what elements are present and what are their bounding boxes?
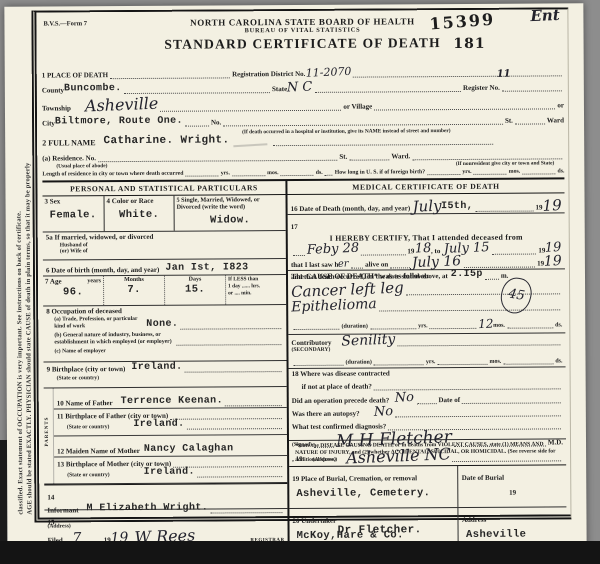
disease-contracted-label: 18 Where was disease contracted (292, 369, 563, 379)
leader (353, 66, 562, 77)
leader (507, 319, 553, 329)
leader (502, 82, 562, 92)
mos-label: mos. (267, 170, 278, 176)
county-label: County (42, 87, 64, 95)
leader (349, 151, 389, 161)
age-row: 7 Ageyears 96. Months 7. Days 15. If (43, 275, 286, 306)
dod-month-value: July (412, 200, 441, 213)
yrs-label: yrs. (418, 324, 428, 330)
father-name-row: 10 Name of Father Terrence Keenan. (54, 387, 287, 409)
no-label: No. (211, 119, 221, 127)
contributory-value: Senility (341, 335, 395, 348)
leader (281, 169, 314, 176)
contributory-block: Contributory Senility (SECONDARY) (durat… (288, 334, 565, 370)
autopsy-label: Was there an autopsy? (292, 410, 360, 418)
birthplace-value: Ireland. (131, 363, 182, 373)
cause-line1-value: Cancer left leg (291, 282, 404, 299)
medical-column: MEDICAL CERTIFICATE OF DEATH 16 Date of … (287, 180, 566, 550)
howlong-label: How long in U. S. if of foreign birth? (335, 169, 425, 176)
dob-label: 6 Date of birth (month, day, and year) (46, 266, 159, 275)
township-label: Township (42, 105, 71, 113)
mos-label: mos. (509, 169, 520, 175)
leader (370, 320, 416, 330)
dod-year-value: 19 (542, 199, 562, 212)
burial-table: 19 Place of Burial, Cremation, or remova… (289, 465, 566, 549)
cause-code-value: 45 (507, 289, 525, 302)
informant-block: 14 Informant M Elizabeth Wright. (Addres… (44, 483, 287, 510)
burial-date-year: 19 (462, 489, 564, 498)
mother-value: Nancy Calaghan (144, 445, 234, 456)
leader (453, 452, 562, 463)
register-no-label: Register No. 11 (463, 84, 500, 92)
length-residence-label: Length of residence in city or town wher… (42, 171, 183, 178)
parents-block: PARENTS 10 Name of Father Terrence Keena… (44, 387, 288, 484)
leader (406, 285, 560, 296)
certificate-number-stamp: 181 (453, 36, 485, 52)
birthplace-block: 9 Birthplace (city or town) Ireland. (St… (44, 361, 287, 388)
leader (454, 436, 546, 447)
from-year-printed: 19 (407, 247, 414, 255)
full-name-label: 2 FULL NAME (42, 138, 95, 147)
leader (232, 169, 265, 176)
race-value: White. (119, 210, 159, 221)
leader (197, 467, 282, 478)
ds-label: ds. (555, 359, 562, 365)
cause-line2-value: Epithelioma (291, 299, 377, 314)
father-bp-value: Ireland. (133, 420, 184, 430)
occupation-c-label: (c) Name of employer (54, 347, 283, 354)
less-than-day-cell: If LESS than 1 day ...... hrs. or .... m… (226, 275, 286, 304)
abode-note: (Usual place of abode) (56, 163, 107, 169)
leader (325, 169, 333, 176)
parents-vertical-label: PARENTS (44, 389, 55, 484)
mos-label: mos. (489, 359, 501, 365)
leader (187, 419, 282, 430)
item-17-number: 17 (291, 223, 298, 231)
mother-bp-value: Ireland. (144, 468, 195, 478)
burial-date-label: Date of Burial (462, 474, 504, 482)
scan-bottom-band (0, 541, 600, 564)
burial-date-cell: Date of Burial 19 (459, 465, 567, 506)
leader (462, 393, 561, 404)
certificate-card: AGE should be stated EXACTLY. PHYSICIAN … (4, 3, 586, 551)
age-days-cell: Days 15. (165, 276, 226, 305)
leader (98, 151, 338, 162)
months-label: Months (124, 277, 144, 283)
leader (170, 409, 282, 420)
leader (503, 355, 553, 365)
attended-from-value: Feby 28 (307, 244, 360, 257)
leader (176, 335, 281, 346)
occupation-block: 8 Occupation of deceased (a) Trade, Prof… (43, 305, 286, 362)
disease-contracted-label2: if not at place of death? (302, 383, 372, 391)
item-5a: 5a If married, widowed, or divorced Husb… (43, 231, 286, 260)
physician-address: Asheville NC (346, 448, 451, 465)
yrs-label: yrs. (221, 171, 230, 177)
nonresident-note: (If nonresident give city or town and St… (456, 161, 555, 168)
last-saw-label: that I last saw h (291, 261, 339, 269)
mother-bp-sub: (State or country) (67, 472, 110, 478)
father-bp-sub: (State or country) (67, 424, 110, 430)
birthplace-sub: (State or country) (57, 374, 284, 381)
undertaker-label: 20 Undertaker (292, 516, 336, 524)
or-label: or (557, 102, 564, 110)
sex-race-marital-row: 3 Sex Female. 4 Color or Race White. 5 S… (43, 195, 286, 232)
leader (395, 406, 561, 417)
form-number: B.V.S.—Form 7 (43, 20, 87, 27)
sex-label: 3 Sex (45, 197, 102, 205)
sex-value: Female. (50, 210, 97, 221)
burial-place-cell: 19 Place of Burial, Cremation, or remova… (289, 466, 459, 508)
leader (180, 319, 281, 330)
item-18-block: 18 Where was disease contracted if not a… (289, 368, 566, 442)
registration-district-label: Registration District No. (232, 70, 305, 78)
leader (185, 362, 282, 373)
dob-value: Jan Ist, I823 (165, 263, 248, 274)
date-of-label: Date of (438, 396, 460, 404)
scan-background: AGE should be stated EXACTLY. PHYSICIAN … (0, 0, 600, 564)
leader (430, 319, 476, 329)
undertaker-address-value: Asheville (466, 529, 564, 540)
leader (492, 244, 536, 254)
age-months-value: 7. (127, 285, 140, 296)
occupation-a-label: (a) Trade, Profession, or particular kin… (54, 316, 146, 330)
duration-label: (duration) (346, 360, 372, 366)
register-no-mark: 11 (497, 71, 511, 80)
age-days-value: 15. (185, 285, 205, 296)
leader (124, 84, 270, 95)
doctor-note: Dr Fletcher. (338, 525, 422, 537)
sex-cell: 3 Sex Female. (43, 196, 105, 231)
operation-label: Did an operation precede death? (292, 396, 390, 405)
leader (412, 150, 562, 161)
ds-label: ds. (316, 170, 323, 176)
mother-birthplace-row: 13 Birthplace of Mother (city or town) (… (54, 456, 287, 483)
year-prefix-label: , 19 (292, 455, 303, 463)
age-label: 7 Age (45, 278, 62, 286)
occupation-label: 8 Occupation of deceased (46, 306, 283, 315)
race-cell: 4 Color or Race White. (105, 196, 175, 231)
date-of-death-row: 16 Date of Death (month, day, and year) … (288, 194, 565, 216)
ward-label: Ward (547, 117, 564, 125)
leader (185, 117, 209, 127)
leader (416, 394, 436, 404)
dod-label: 16 Date of Death (month, day, and year) (291, 204, 411, 213)
columns: PERSONAL AND STATISTICAL PARTICULARS 3 S… (42, 178, 566, 551)
saw-year-value: 19 (544, 256, 562, 268)
certificate-form: B.V.S.—Form 7 NORTH CAROLINA STATE BOARD… (31, 7, 571, 522)
leader (390, 258, 410, 268)
leader (223, 115, 503, 127)
residence-label: (a) Residence. No. (42, 154, 96, 162)
leader (379, 301, 560, 312)
address-label: (Address) (313, 457, 336, 463)
hospital-note: (If death occurred in a hospital or inst… (242, 128, 450, 135)
burial-place-value: Asheville, Cemetery. (296, 488, 455, 499)
age-years-cell: 7 Ageyears 96. (43, 276, 104, 305)
mother-label: 12 Maiden Name of Mother (57, 447, 140, 456)
ds-label: ds. (555, 323, 562, 329)
ds-label: ds. (557, 169, 564, 175)
informant-number: 14 (47, 494, 54, 502)
st-label: St. (505, 117, 513, 125)
personal-header: PERSONAL AND STATISTICAL PARTICULARS (42, 181, 285, 196)
marital-cell: 5 Single, Married, Widowed, or Divorced … (175, 195, 286, 231)
state-value: N C (287, 82, 313, 93)
last-saw-pronoun: er (338, 260, 349, 268)
city-label: City (42, 120, 55, 128)
leader (225, 396, 282, 406)
less-line3: or .... min. (228, 290, 284, 297)
leader (374, 380, 561, 391)
burial-row: 19 Place of Burial, Cremation, or remova… (289, 465, 566, 508)
wife-of-label: (or) Wife of (60, 247, 283, 255)
cause-of-death-block: The CAUSE OF DEATH* was as follows: Canc… (288, 270, 565, 336)
signed-label: (Signed) (292, 441, 312, 447)
leader (397, 336, 560, 347)
duration-label: (duration) (342, 324, 368, 330)
father-label: 10 Name of Father (57, 399, 113, 407)
last-saw-date-value: July 16 (412, 256, 462, 269)
residence-st-label: St. (339, 153, 347, 161)
leader (351, 258, 363, 268)
alive-on-label: alive on (365, 260, 388, 268)
margin-note-line2: classified. Exact statement of OCCUPATIO… (16, 211, 25, 515)
occupation-a-value: None. (146, 319, 178, 329)
father-value: Terrence Keenan. (121, 397, 223, 408)
mos-label: mos. (493, 323, 505, 329)
birthplace-label: 9 Birthplace (city or town) (47, 365, 126, 373)
leader (185, 170, 218, 177)
dob-row: 6 Date of birth (month, day, and year) J… (43, 259, 286, 276)
form-header: B.V.S.—Form 7 NORTH CAROLINA STATE BOARD… (41, 11, 563, 64)
leader (522, 168, 555, 175)
occupation-b-label: (b) General nature of industry, business… (54, 331, 174, 346)
yrs-label: yrs. (426, 360, 436, 366)
leader (361, 245, 405, 255)
place-of-death-label: 1 PLACE OF DEATH (42, 71, 108, 79)
township-value: Asheville (85, 98, 159, 114)
race-label: 4 Color or Race (107, 197, 172, 205)
state-label: State (272, 85, 287, 93)
secondary-label: (SECONDARY) (291, 346, 562, 354)
duration-months-value: 12 (478, 319, 494, 329)
yrs-label: yrs. (462, 169, 471, 175)
residence-ward-label: Ward. (391, 152, 410, 160)
leader (160, 101, 341, 112)
leader (293, 246, 305, 256)
father-birthplace-row: 11 Birthplace of Father (city or town) (… (54, 408, 287, 436)
certify-block: 17 I HEREBY CERTIFY, That I attended dec… (288, 214, 565, 272)
leader (374, 356, 424, 366)
leader (110, 68, 230, 79)
autopsy-value: No (373, 407, 393, 418)
dod-year-printed: 19 (535, 204, 542, 212)
pencil-scribble (233, 136, 267, 147)
or-village-label: or Village (343, 103, 372, 111)
county-value: Buncombe. (64, 84, 122, 94)
leader (463, 257, 535, 267)
place-of-death-section: 1 PLACE OF DEATH Registration District N… (42, 66, 564, 127)
registration-district-value: 11-2070 (305, 68, 351, 79)
leader (515, 115, 545, 125)
filed-number: 15 (47, 519, 54, 527)
city-value: Biltmore, Route One. (55, 117, 183, 128)
marital-label: 5 Single, Married, Widowed, or Divorced … (177, 196, 284, 211)
days-label: Days (189, 277, 202, 283)
marital-value: Widow. (210, 216, 250, 227)
leader (427, 168, 460, 175)
age-months-cell: Months 7. (104, 276, 165, 305)
leader (293, 356, 343, 366)
leader (475, 202, 533, 212)
leader (374, 100, 555, 111)
age-years-value: 96. (63, 287, 83, 298)
leader (437, 355, 487, 365)
mother-name-row: 12 Maiden Name of Mother Nancy Calaghan (54, 435, 287, 457)
full-name-value: Catharine. Wright. (103, 136, 229, 148)
years-label: years (87, 278, 101, 284)
ent-annotation: Ent (530, 9, 560, 22)
leader (315, 82, 461, 93)
operation-value: No (395, 393, 415, 404)
leader (474, 168, 507, 175)
dod-day-value: I5th, (441, 202, 473, 212)
md-label: M.D. (548, 438, 563, 446)
leader (293, 320, 339, 330)
leader (314, 437, 334, 447)
full-name-section: 2 FULL NAME Catharine. Wright. (a) Resid… (42, 134, 564, 178)
undertaker-address-label: Address (462, 516, 486, 524)
burial-place-label: 19 Place of Burial, Cremation, or remova… (292, 474, 417, 483)
personal-column: PERSONAL AND STATISTICAL PARTICULARS 3 S… (42, 181, 289, 550)
leader (274, 135, 494, 146)
